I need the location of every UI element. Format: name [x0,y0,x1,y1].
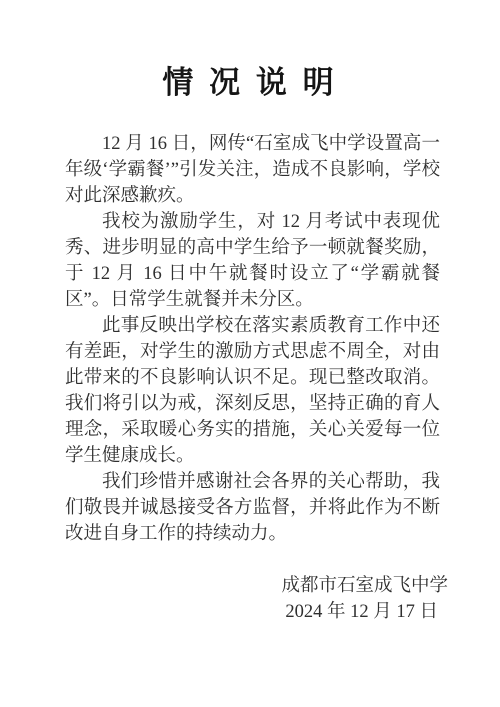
document-title: 情 况 说 明 [0,64,500,102]
paragraph-explanation: 我校为激励学生，对 12 月考试中表现优秀、进步明显的高中学生给予一顿就餐奖励，… [65,209,440,313]
document-body: 12 月 16 日，网传“石室成飞中学设置高一年级‘学霸餐’”引发关注，造成不良… [65,131,440,547]
statement-document-page: 情 况 说 明 12 月 16 日，网传“石室成飞中学设置高一年级‘学霸餐’”引… [0,0,500,707]
document-footer: 成都市石室成飞中学 2024 年 12 月 17 日 [0,573,500,625]
paragraph-incident-report: 12 月 16 日，网传“石室成飞中学设置高一年级‘学霸餐’”引发关注，造成不良… [65,131,440,209]
signature-date: 2024 年 12 月 17 日 [0,599,500,625]
paragraph-gratitude: 我们珍惜并感谢社会各界的关心帮助，我们敬畏并诚恳接受各方监督，并将此作为不断改进… [65,469,440,547]
signature-school-name: 成都市石室成飞中学 [0,573,500,599]
paragraph-reflection: 此事反映出学校在落实素质教育工作中还有差距，对学生的激励方式思虑不周全，对由此带… [65,313,440,469]
